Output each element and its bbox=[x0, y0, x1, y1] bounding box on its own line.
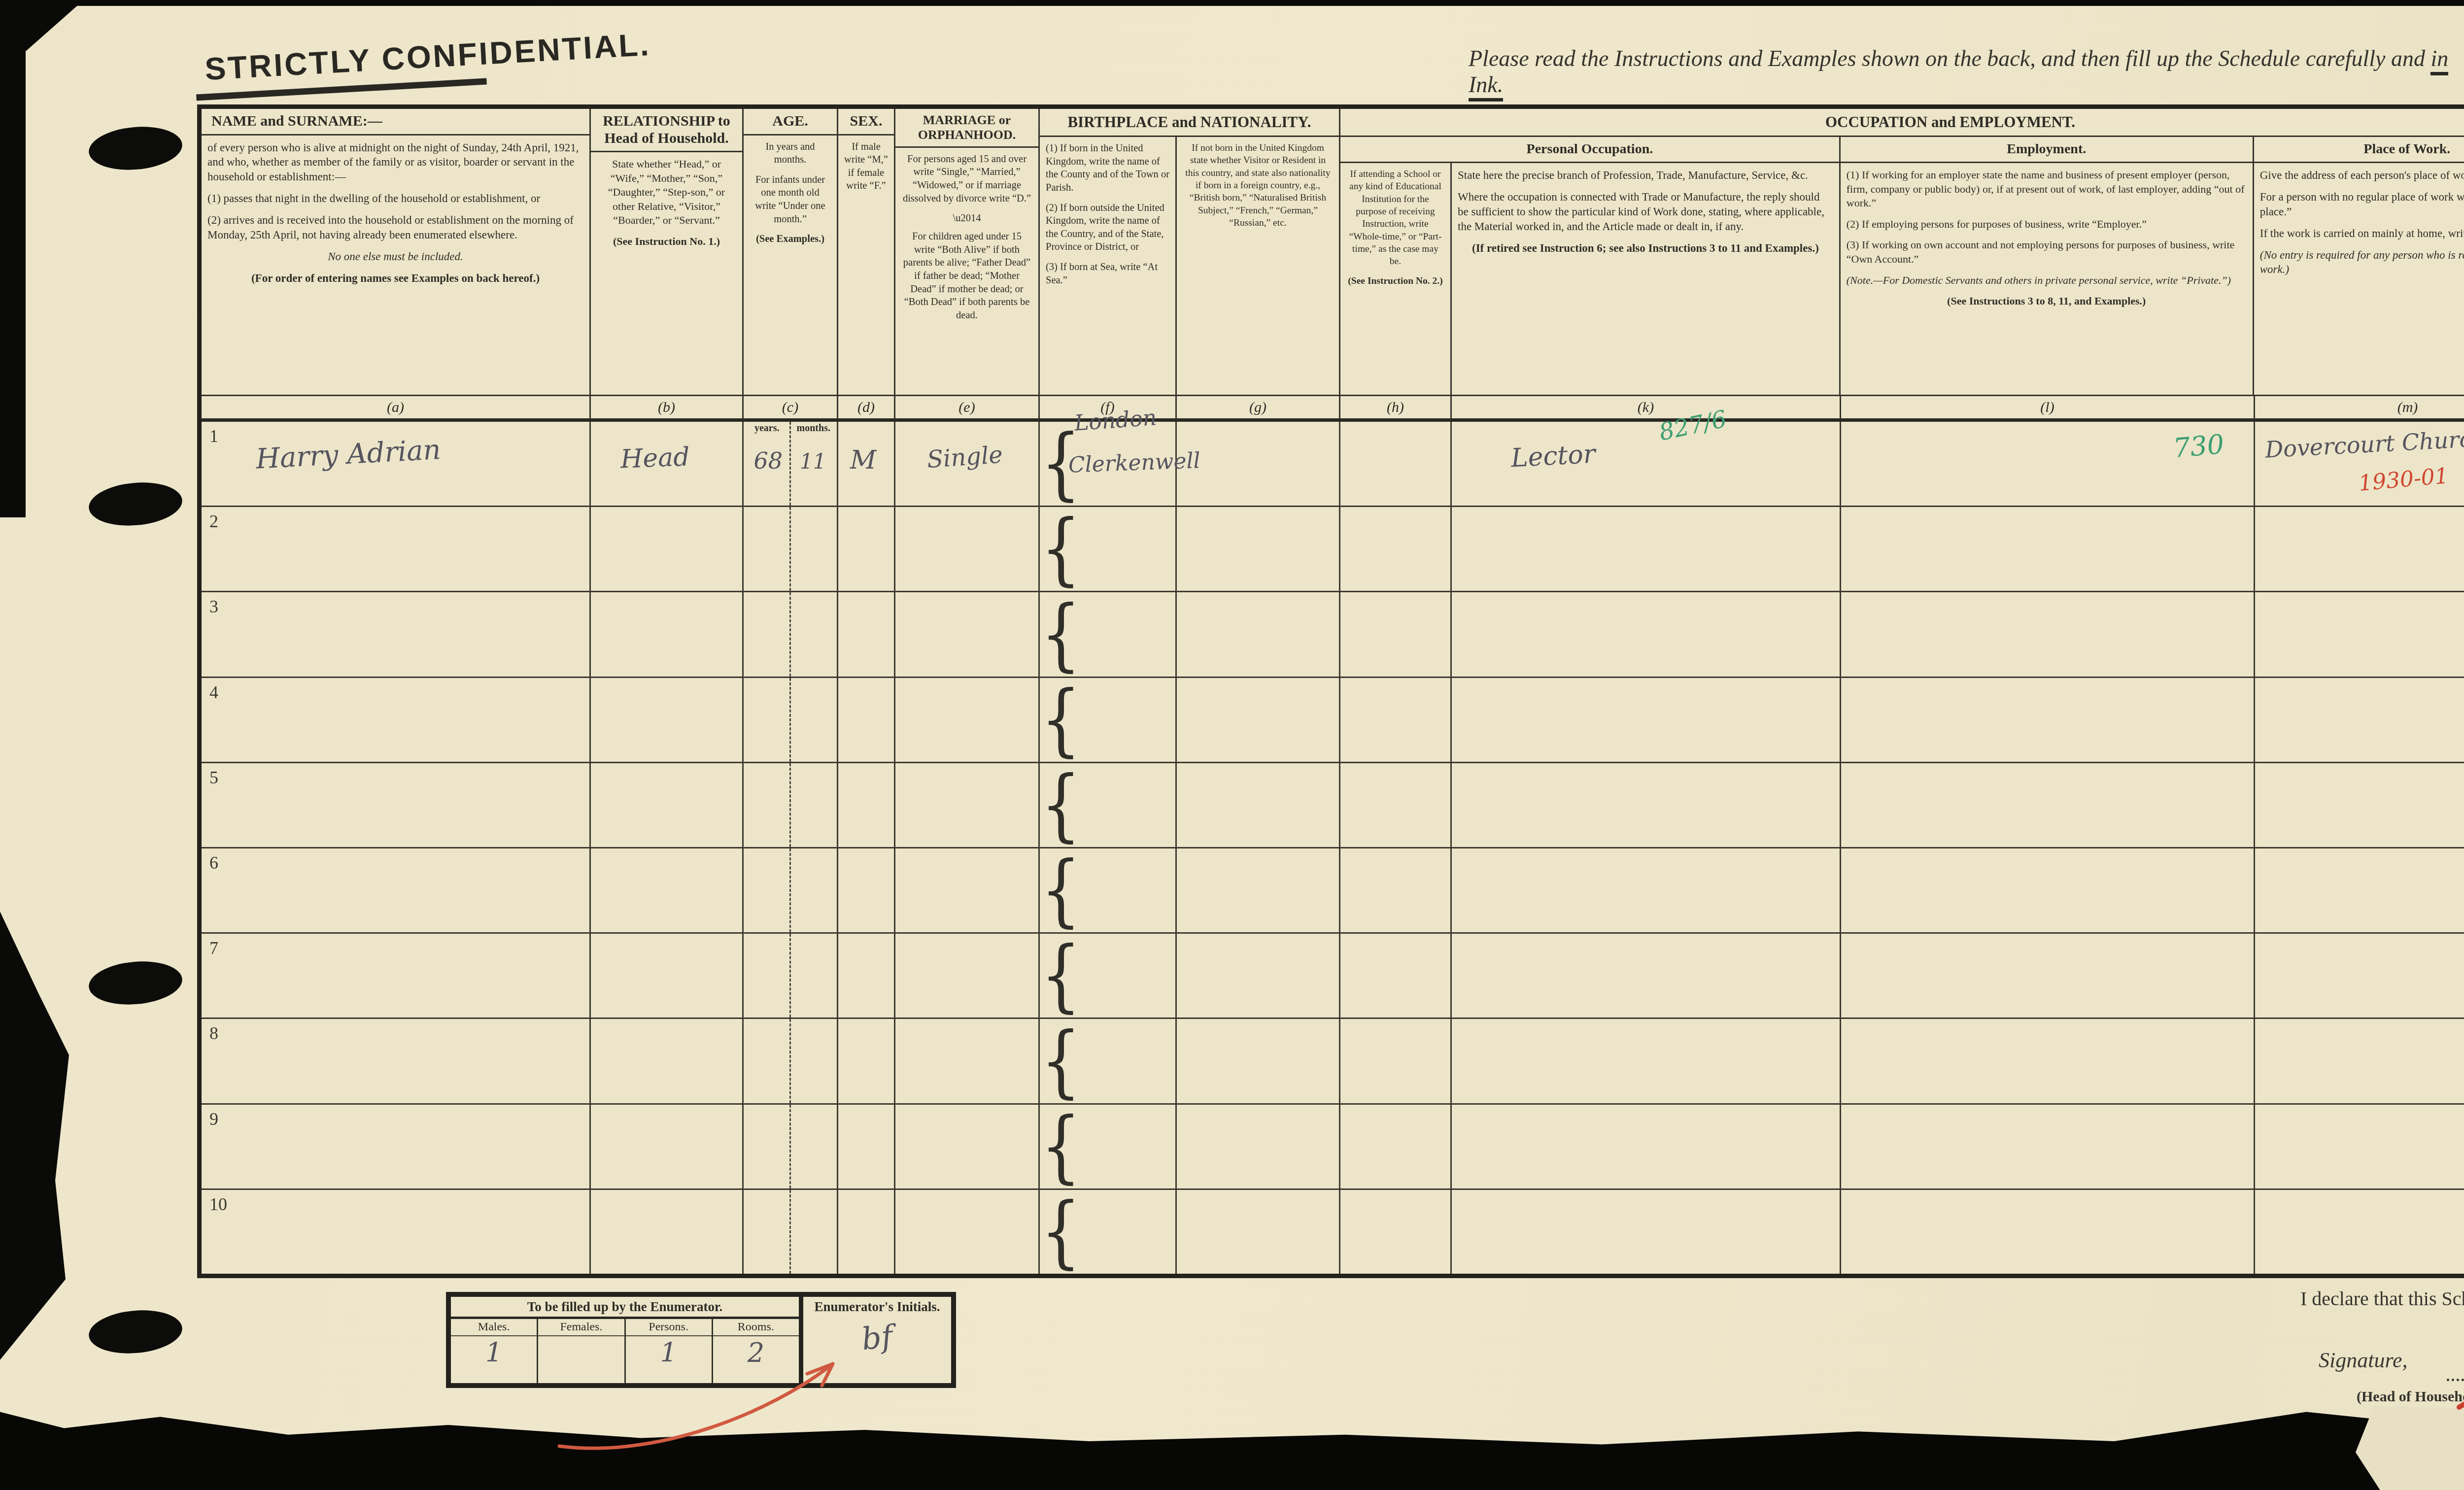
column-sex-desc: If male write “M,” if female write “F.” bbox=[844, 140, 888, 193]
age-months-cell bbox=[789, 592, 837, 676]
cell-name: 1 Harry Adrian bbox=[202, 422, 591, 506]
cell-name: 9 bbox=[202, 1105, 591, 1188]
table-row: 5 { bbox=[202, 763, 2464, 848]
cell-occupation bbox=[1452, 848, 1841, 932]
enumerator-count-label: Females. bbox=[538, 1319, 624, 1336]
cell-age bbox=[744, 1019, 838, 1103]
cell-school bbox=[1340, 763, 1452, 847]
cell-place-of-work bbox=[2255, 1190, 2464, 1274]
cell-employment bbox=[1841, 507, 2255, 591]
entry-occupation: Lector bbox=[1510, 440, 1596, 474]
cell-employment bbox=[1841, 592, 2255, 676]
entry-age-months: 11 bbox=[800, 449, 826, 474]
column-school-attendance: If attending a School or any kind of Edu… bbox=[1340, 163, 1452, 395]
row-number: 7 bbox=[209, 938, 218, 958]
entry-place-of-work: Dovercourt Church bbox=[2264, 425, 2464, 463]
cell-nationality bbox=[1177, 592, 1340, 676]
cell-sex bbox=[838, 592, 895, 676]
cell-occupation bbox=[1452, 763, 1841, 847]
entry-sex: M bbox=[850, 445, 876, 475]
birthplace-group-title: BIRTHPLACE and NATIONALITY. bbox=[1040, 109, 1339, 137]
row-number: 2 bbox=[209, 511, 218, 532]
entry-relationship: Head bbox=[620, 442, 690, 474]
age-years-cell bbox=[744, 507, 789, 591]
cell-employment bbox=[1841, 934, 2255, 1017]
cell-employment bbox=[1841, 1190, 2255, 1274]
brace-mark: { bbox=[1041, 759, 1081, 851]
place-of-work-title: Place of Work. bbox=[2254, 137, 2464, 163]
cell-nationality bbox=[1177, 848, 1340, 932]
entry-marriage: Single bbox=[926, 441, 1003, 474]
column-age-desc-3: (See Examples.) bbox=[750, 233, 831, 246]
cell-relationship bbox=[591, 763, 744, 847]
column-school-desc-1: If attending a School or any kind of Edu… bbox=[1346, 168, 1444, 268]
cell-sex bbox=[838, 1019, 895, 1103]
column-letter-c: (c) bbox=[744, 396, 838, 418]
cell-relationship: Head bbox=[591, 422, 744, 506]
age-years-cell bbox=[744, 763, 789, 847]
cell-nationality bbox=[1177, 507, 1340, 591]
scan-edge-left bbox=[0, 0, 26, 517]
column-relationship-desc: State whether “Head,” or “Wife,” “Mother… bbox=[597, 157, 736, 228]
cell-name: 10 bbox=[202, 1190, 591, 1274]
row-number: 4 bbox=[209, 682, 218, 703]
column-letter-k: (k) bbox=[1452, 396, 1841, 418]
age-years-label: years. bbox=[744, 423, 790, 434]
cell-marriage bbox=[895, 763, 1040, 847]
age-months-cell bbox=[789, 678, 837, 762]
table-row: 2 { bbox=[202, 507, 2464, 592]
column-birthplace-desc-2: (2) If born outside the United Kingdom, … bbox=[1046, 202, 1169, 254]
entry-birthplace-line1: London bbox=[1073, 405, 1157, 436]
enumerator-count-column: Rooms.2 bbox=[713, 1319, 799, 1383]
entry-place-of-work-code: 1930-01 bbox=[2358, 463, 2450, 496]
cell-birthplace: { bbox=[1040, 592, 1177, 676]
enumerator-initials-value: bf bbox=[802, 1312, 953, 1363]
column-letter-row: (a) (b) (c) (d) (e) (f) (g) (h) (k) (l) … bbox=[202, 396, 2464, 422]
cell-relationship bbox=[591, 1190, 744, 1274]
cell-occupation bbox=[1452, 678, 1841, 762]
table-row: 3 { bbox=[202, 592, 2464, 677]
column-place-desc-2: For a person with no regular place of wo… bbox=[2260, 190, 2464, 219]
age-years-cell bbox=[744, 1019, 789, 1103]
enumerator-count-value: 1 bbox=[451, 1336, 537, 1383]
cell-employment bbox=[1841, 848, 2255, 932]
cell-place-of-work bbox=[2255, 934, 2464, 1017]
cell-marriage bbox=[895, 1190, 1040, 1274]
column-letter-a: (a) bbox=[202, 396, 591, 418]
cell-age bbox=[744, 678, 838, 762]
column-letter-h: (h) bbox=[1340, 396, 1452, 418]
column-birthplace-uk: (1) If born in the United Kingdom, write… bbox=[1040, 137, 1177, 395]
column-name-title: NAME and SURNAME:— bbox=[202, 109, 589, 135]
column-name-desc-4: No one else must be included. bbox=[207, 249, 583, 264]
column-employment-desc-1: (1) If working for an employer state the… bbox=[1847, 168, 2247, 210]
column-nationality-desc: If not born in the United Kingdom state … bbox=[1183, 142, 1333, 229]
cell-age bbox=[744, 848, 838, 932]
cell-school bbox=[1340, 1019, 1452, 1103]
age-months-cell bbox=[789, 1190, 837, 1274]
cell-age: 68 11 years. months. bbox=[744, 422, 838, 506]
column-place-desc-3: If the work is carried on mainly at home… bbox=[2260, 226, 2464, 241]
personal-occupation-group: Personal Occupation. If attending a Scho… bbox=[1340, 137, 1841, 395]
personal-occupation-title: Personal Occupation. bbox=[1340, 137, 1839, 163]
column-employment-desc-5: (See Instructions 3 to 8, 11, and Exampl… bbox=[1847, 294, 2247, 308]
age-years-cell bbox=[744, 592, 789, 676]
cell-age bbox=[744, 507, 838, 591]
column-marriage-desc-2: For children aged under 15 write “Both A… bbox=[901, 230, 1032, 322]
column-school-desc-2: (See Instruction No. 2.) bbox=[1346, 275, 1444, 287]
employment-title: Employment. bbox=[1841, 137, 2253, 163]
brace-mark: { bbox=[1041, 845, 1081, 936]
cell-marriage bbox=[895, 848, 1040, 932]
row-number: 6 bbox=[209, 852, 218, 873]
cell-name: 8 bbox=[202, 1019, 591, 1103]
column-age-title: AGE. bbox=[744, 109, 837, 135]
cell-age bbox=[744, 763, 838, 847]
entry-age-years: 68 bbox=[753, 447, 783, 474]
brace-mark: { bbox=[1041, 1186, 1081, 1278]
enumerator-box-title: To be filled up by the Enumerator. bbox=[451, 1297, 799, 1319]
column-letter-g: (g) bbox=[1177, 396, 1340, 418]
enumerator-count-column: Males.1 bbox=[451, 1319, 538, 1383]
brace-mark: { bbox=[1041, 588, 1081, 680]
column-place-desc-1: Give the address of each person's place … bbox=[2260, 168, 2464, 183]
occupation-group-title: OCCUPATION and EMPLOYMENT. bbox=[1340, 109, 2464, 137]
column-employment-desc-4: (Note.—For Domestic Servants and others … bbox=[1847, 273, 2247, 288]
row-number: 9 bbox=[209, 1109, 218, 1129]
cell-occupation bbox=[1452, 1019, 1841, 1103]
enumerator-count-value bbox=[538, 1336, 624, 1383]
cell-occupation: Lector 827/6 bbox=[1452, 422, 1841, 506]
cell-employment bbox=[1841, 1105, 2255, 1188]
enumerator-count-column: Persons.1 bbox=[626, 1319, 713, 1383]
row-number: 10 bbox=[209, 1194, 227, 1215]
cell-school bbox=[1340, 422, 1452, 506]
age-months-cell bbox=[789, 763, 837, 847]
cell-birthplace: { London Clerkenwell bbox=[1040, 422, 1177, 506]
age-sublabels: years. months. bbox=[744, 423, 837, 434]
cell-place-of-work bbox=[2255, 507, 2464, 591]
cell-school bbox=[1340, 678, 1452, 762]
cell-relationship bbox=[591, 678, 744, 762]
column-name-desc-5: (For order of entering names see Example… bbox=[207, 271, 583, 286]
cell-birthplace: { bbox=[1040, 848, 1177, 932]
cell-place-of-work bbox=[2255, 592, 2464, 676]
cell-nationality bbox=[1177, 934, 1340, 1017]
age-years-cell bbox=[744, 1105, 789, 1188]
column-employment-desc-3: (3) If working on own account and not em… bbox=[1847, 238, 2247, 266]
cell-place-of-work bbox=[2255, 1105, 2464, 1188]
table-row: 4 { bbox=[202, 678, 2464, 763]
brace-mark: { bbox=[1041, 930, 1081, 1021]
enumerator-count-column: Females. bbox=[538, 1319, 625, 1383]
cell-sex bbox=[838, 678, 895, 762]
cell-nationality bbox=[1177, 1019, 1340, 1103]
enumerator-summary-box: To be filled up by the Enumerator. Males… bbox=[446, 1292, 956, 1388]
cell-sex bbox=[838, 507, 895, 591]
age-years-cell bbox=[744, 934, 789, 1017]
column-marriage-title: MARRIAGE or ORPHANHOOD. bbox=[895, 109, 1038, 148]
age-years-cell bbox=[744, 1190, 789, 1274]
column-occupation-detail: State here the precise branch of Profess… bbox=[1452, 163, 1839, 395]
age-months-cell: 11 bbox=[789, 422, 837, 506]
column-occupation-desc-2: Where the occupation is connected with T… bbox=[1458, 190, 1833, 234]
column-marriage-header: MARRIAGE or ORPHANHOOD. For persons aged… bbox=[895, 109, 1040, 395]
cell-nationality bbox=[1177, 1105, 1340, 1188]
column-occupation-desc-1: State here the precise branch of Profess… bbox=[1458, 168, 1833, 183]
fill-instruction-text: Please read the Instructions and Example… bbox=[1469, 46, 2430, 71]
row-number: 3 bbox=[209, 596, 218, 617]
cell-marriage bbox=[895, 592, 1040, 676]
cell-school bbox=[1340, 507, 1452, 591]
enumerator-count-label: Persons. bbox=[626, 1319, 712, 1336]
brace-mark: { bbox=[1041, 1101, 1081, 1192]
cell-employment: 730 bbox=[1841, 422, 2255, 506]
cell-relationship bbox=[591, 592, 744, 676]
cell-relationship bbox=[591, 848, 744, 932]
cell-sex bbox=[838, 763, 895, 847]
column-group-birthplace: BIRTHPLACE and NATIONALITY. (1) If born … bbox=[1040, 109, 1340, 395]
cell-age bbox=[744, 934, 838, 1017]
enumerator-count-label: Males. bbox=[451, 1319, 537, 1336]
age-months-cell bbox=[789, 848, 837, 932]
cell-employment bbox=[1841, 763, 2255, 847]
column-birthplace-desc-1: (1) If born in the United Kingdom, write… bbox=[1046, 142, 1169, 195]
cell-nationality bbox=[1177, 1190, 1340, 1274]
age-months-cell bbox=[789, 1105, 837, 1188]
cell-employment bbox=[1841, 678, 2255, 762]
cell-nationality bbox=[1177, 763, 1340, 847]
column-letter-l: (l) bbox=[1841, 396, 2255, 418]
row-number: 8 bbox=[209, 1023, 218, 1044]
cell-occupation bbox=[1452, 934, 1841, 1017]
signature-note: (Head of Household, Manager of Establish… bbox=[2357, 1388, 2464, 1405]
rows: 1 Harry Adrian Head 68 11 years. months.… bbox=[202, 422, 2464, 1274]
cell-school bbox=[1340, 1190, 1452, 1274]
column-name-desc-3: (2) arrives and is received into the hou… bbox=[207, 213, 583, 242]
cell-sex bbox=[838, 1105, 895, 1188]
cell-name: 2 bbox=[202, 507, 591, 591]
cell-marriage bbox=[895, 1105, 1040, 1188]
cell-place-of-work bbox=[2255, 678, 2464, 762]
column-age-header: AGE. In years and months. For infants un… bbox=[744, 109, 838, 395]
column-birthplace-desc-3: (3) If born at Sea, write “At Sea.” bbox=[1046, 261, 1169, 287]
cell-school bbox=[1340, 934, 1452, 1017]
cell-school bbox=[1340, 592, 1452, 676]
cell-sex bbox=[838, 1190, 895, 1274]
column-letter-m: (m) bbox=[2255, 396, 2464, 418]
column-employment-desc-2: (2) If employing persons for purposes of… bbox=[1847, 217, 2247, 232]
column-nationality: If not born in the United Kingdom state … bbox=[1177, 137, 1339, 395]
table-row: 1 Harry Adrian Head 68 11 years. months.… bbox=[202, 422, 2464, 507]
column-name-desc-2: (1) passes that night in the dwelling of… bbox=[207, 191, 583, 206]
cell-name: 5 bbox=[202, 763, 591, 847]
cell-relationship bbox=[591, 1105, 744, 1188]
cell-sex bbox=[838, 848, 895, 932]
age-years-cell bbox=[744, 678, 789, 762]
cell-school bbox=[1340, 1105, 1452, 1188]
cell-school bbox=[1340, 848, 1452, 932]
column-letter-d: (d) bbox=[838, 396, 895, 418]
cell-occupation bbox=[1452, 592, 1841, 676]
column-relationship-see: (See Instruction No. 1.) bbox=[597, 235, 736, 249]
cell-name: 7 bbox=[202, 934, 591, 1017]
column-employment: Employment. (1) If working for an employ… bbox=[1841, 137, 2254, 395]
cell-place-of-work bbox=[2255, 763, 2464, 847]
cell-nationality bbox=[1177, 422, 1340, 506]
cell-occupation bbox=[1452, 1190, 1841, 1274]
entry-employment-code: 730 bbox=[2172, 429, 2225, 464]
enumerator-count-value: 2 bbox=[713, 1336, 799, 1383]
enumerator-count-label: Rooms. bbox=[713, 1319, 799, 1336]
brace-mark: { bbox=[1041, 1015, 1081, 1107]
cell-name: 4 bbox=[202, 678, 591, 762]
cell-place-of-work bbox=[2255, 848, 2464, 932]
table-row: 9 { bbox=[202, 1105, 2464, 1190]
cell-marriage bbox=[895, 678, 1040, 762]
cell-relationship bbox=[591, 934, 744, 1017]
table-row: 7 { bbox=[202, 934, 2464, 1019]
cell-marriage: Single bbox=[895, 422, 1040, 506]
scan-edge-top bbox=[0, 0, 2464, 6]
age-years-cell: 68 bbox=[744, 422, 789, 506]
signature-line bbox=[2447, 1379, 2464, 1381]
cell-sex: M bbox=[838, 422, 895, 506]
census-table: NAME and SURNAME:— of every person who i… bbox=[197, 104, 2464, 1278]
cell-sex bbox=[838, 934, 895, 1017]
age-months-label: months. bbox=[790, 423, 837, 434]
column-place-of-work: Place of Work. Give the address of each … bbox=[2254, 137, 2464, 395]
column-age-desc-1: In years and months. bbox=[750, 140, 831, 167]
fill-instruction: Please read the Instructions and Example… bbox=[1469, 45, 2464, 98]
row-number: 5 bbox=[209, 767, 218, 788]
cell-age bbox=[744, 1190, 838, 1274]
cell-occupation bbox=[1452, 1105, 1841, 1188]
column-age-desc-2: For infants under one month old write “U… bbox=[750, 173, 831, 226]
cell-birthplace: { bbox=[1040, 1190, 1177, 1274]
age-months-cell bbox=[789, 507, 837, 591]
signature-label: Signature, bbox=[2319, 1348, 2407, 1373]
cell-name: 3 bbox=[202, 592, 591, 676]
column-sex-header: SEX. If male write “M,” if female write … bbox=[838, 109, 895, 395]
column-name-desc-1: of every person who is alive at midnight… bbox=[207, 140, 583, 185]
entry-name: Harry Adrian bbox=[255, 434, 442, 475]
table-row: 6 { bbox=[202, 848, 2464, 934]
column-letter-b: (b) bbox=[591, 396, 744, 418]
cell-age bbox=[744, 1105, 838, 1188]
row-number: 1 bbox=[209, 426, 218, 446]
cell-nationality bbox=[1177, 678, 1340, 762]
brace-mark: { bbox=[1041, 674, 1081, 766]
table-row: 8 { bbox=[202, 1019, 2464, 1104]
cell-place-of-work bbox=[2255, 1019, 2464, 1103]
age-months-cell bbox=[789, 1019, 837, 1103]
column-relationship-header: RELATIONSHIP to Head of Household. State… bbox=[591, 109, 744, 395]
column-group-occupation: OCCUPATION and EMPLOYMENT. Personal Occu… bbox=[1340, 109, 2464, 395]
cell-birthplace: { bbox=[1040, 1105, 1177, 1188]
brace-mark: { bbox=[1041, 503, 1081, 595]
cell-age bbox=[744, 592, 838, 676]
cell-employment bbox=[1841, 1019, 2255, 1103]
column-name-header: NAME and SURNAME:— of every person who i… bbox=[202, 109, 591, 395]
cell-marriage bbox=[895, 1019, 1040, 1103]
cell-birthplace: { bbox=[1040, 507, 1177, 591]
cell-marriage bbox=[895, 934, 1040, 1017]
table-header: NAME and SURNAME:— of every person who i… bbox=[202, 109, 2464, 396]
age-months-cell bbox=[789, 934, 837, 1017]
column-place-desc-4: (No entry is required for any person who… bbox=[2260, 248, 2464, 277]
cell-birthplace: { bbox=[1040, 763, 1177, 847]
cell-birthplace: { bbox=[1040, 1019, 1177, 1103]
enumerator-box-columns: Males.1Females.Persons.1Rooms.2 bbox=[451, 1319, 799, 1383]
cell-place-of-work: Dovercourt Church 1930-01 bbox=[2255, 422, 2464, 506]
column-occupation-desc-3: (If retired see Instruction 6; see also … bbox=[1458, 241, 1833, 256]
declaration-text: I declare that this Schedule is correctl… bbox=[2300, 1287, 2464, 1310]
cell-relationship bbox=[591, 507, 744, 591]
column-letter-e: (e) bbox=[895, 396, 1040, 418]
cell-marriage bbox=[895, 507, 1040, 591]
cell-occupation bbox=[1452, 507, 1841, 591]
age-years-cell bbox=[744, 848, 789, 932]
column-marriage-desc-1: For persons aged 15 and over write “Sing… bbox=[901, 153, 1032, 205]
column-relationship-title: RELATIONSHIP to Head of Household. bbox=[591, 109, 742, 152]
enumerator-count-value: 1 bbox=[626, 1336, 712, 1383]
cell-birthplace: { bbox=[1040, 934, 1177, 1017]
column-sex-title: SEX. bbox=[838, 109, 894, 135]
table-row: 10 { bbox=[202, 1190, 2464, 1274]
cell-name: 6 bbox=[202, 848, 591, 932]
cell-birthplace: { bbox=[1040, 678, 1177, 762]
cell-relationship bbox=[591, 1019, 744, 1103]
